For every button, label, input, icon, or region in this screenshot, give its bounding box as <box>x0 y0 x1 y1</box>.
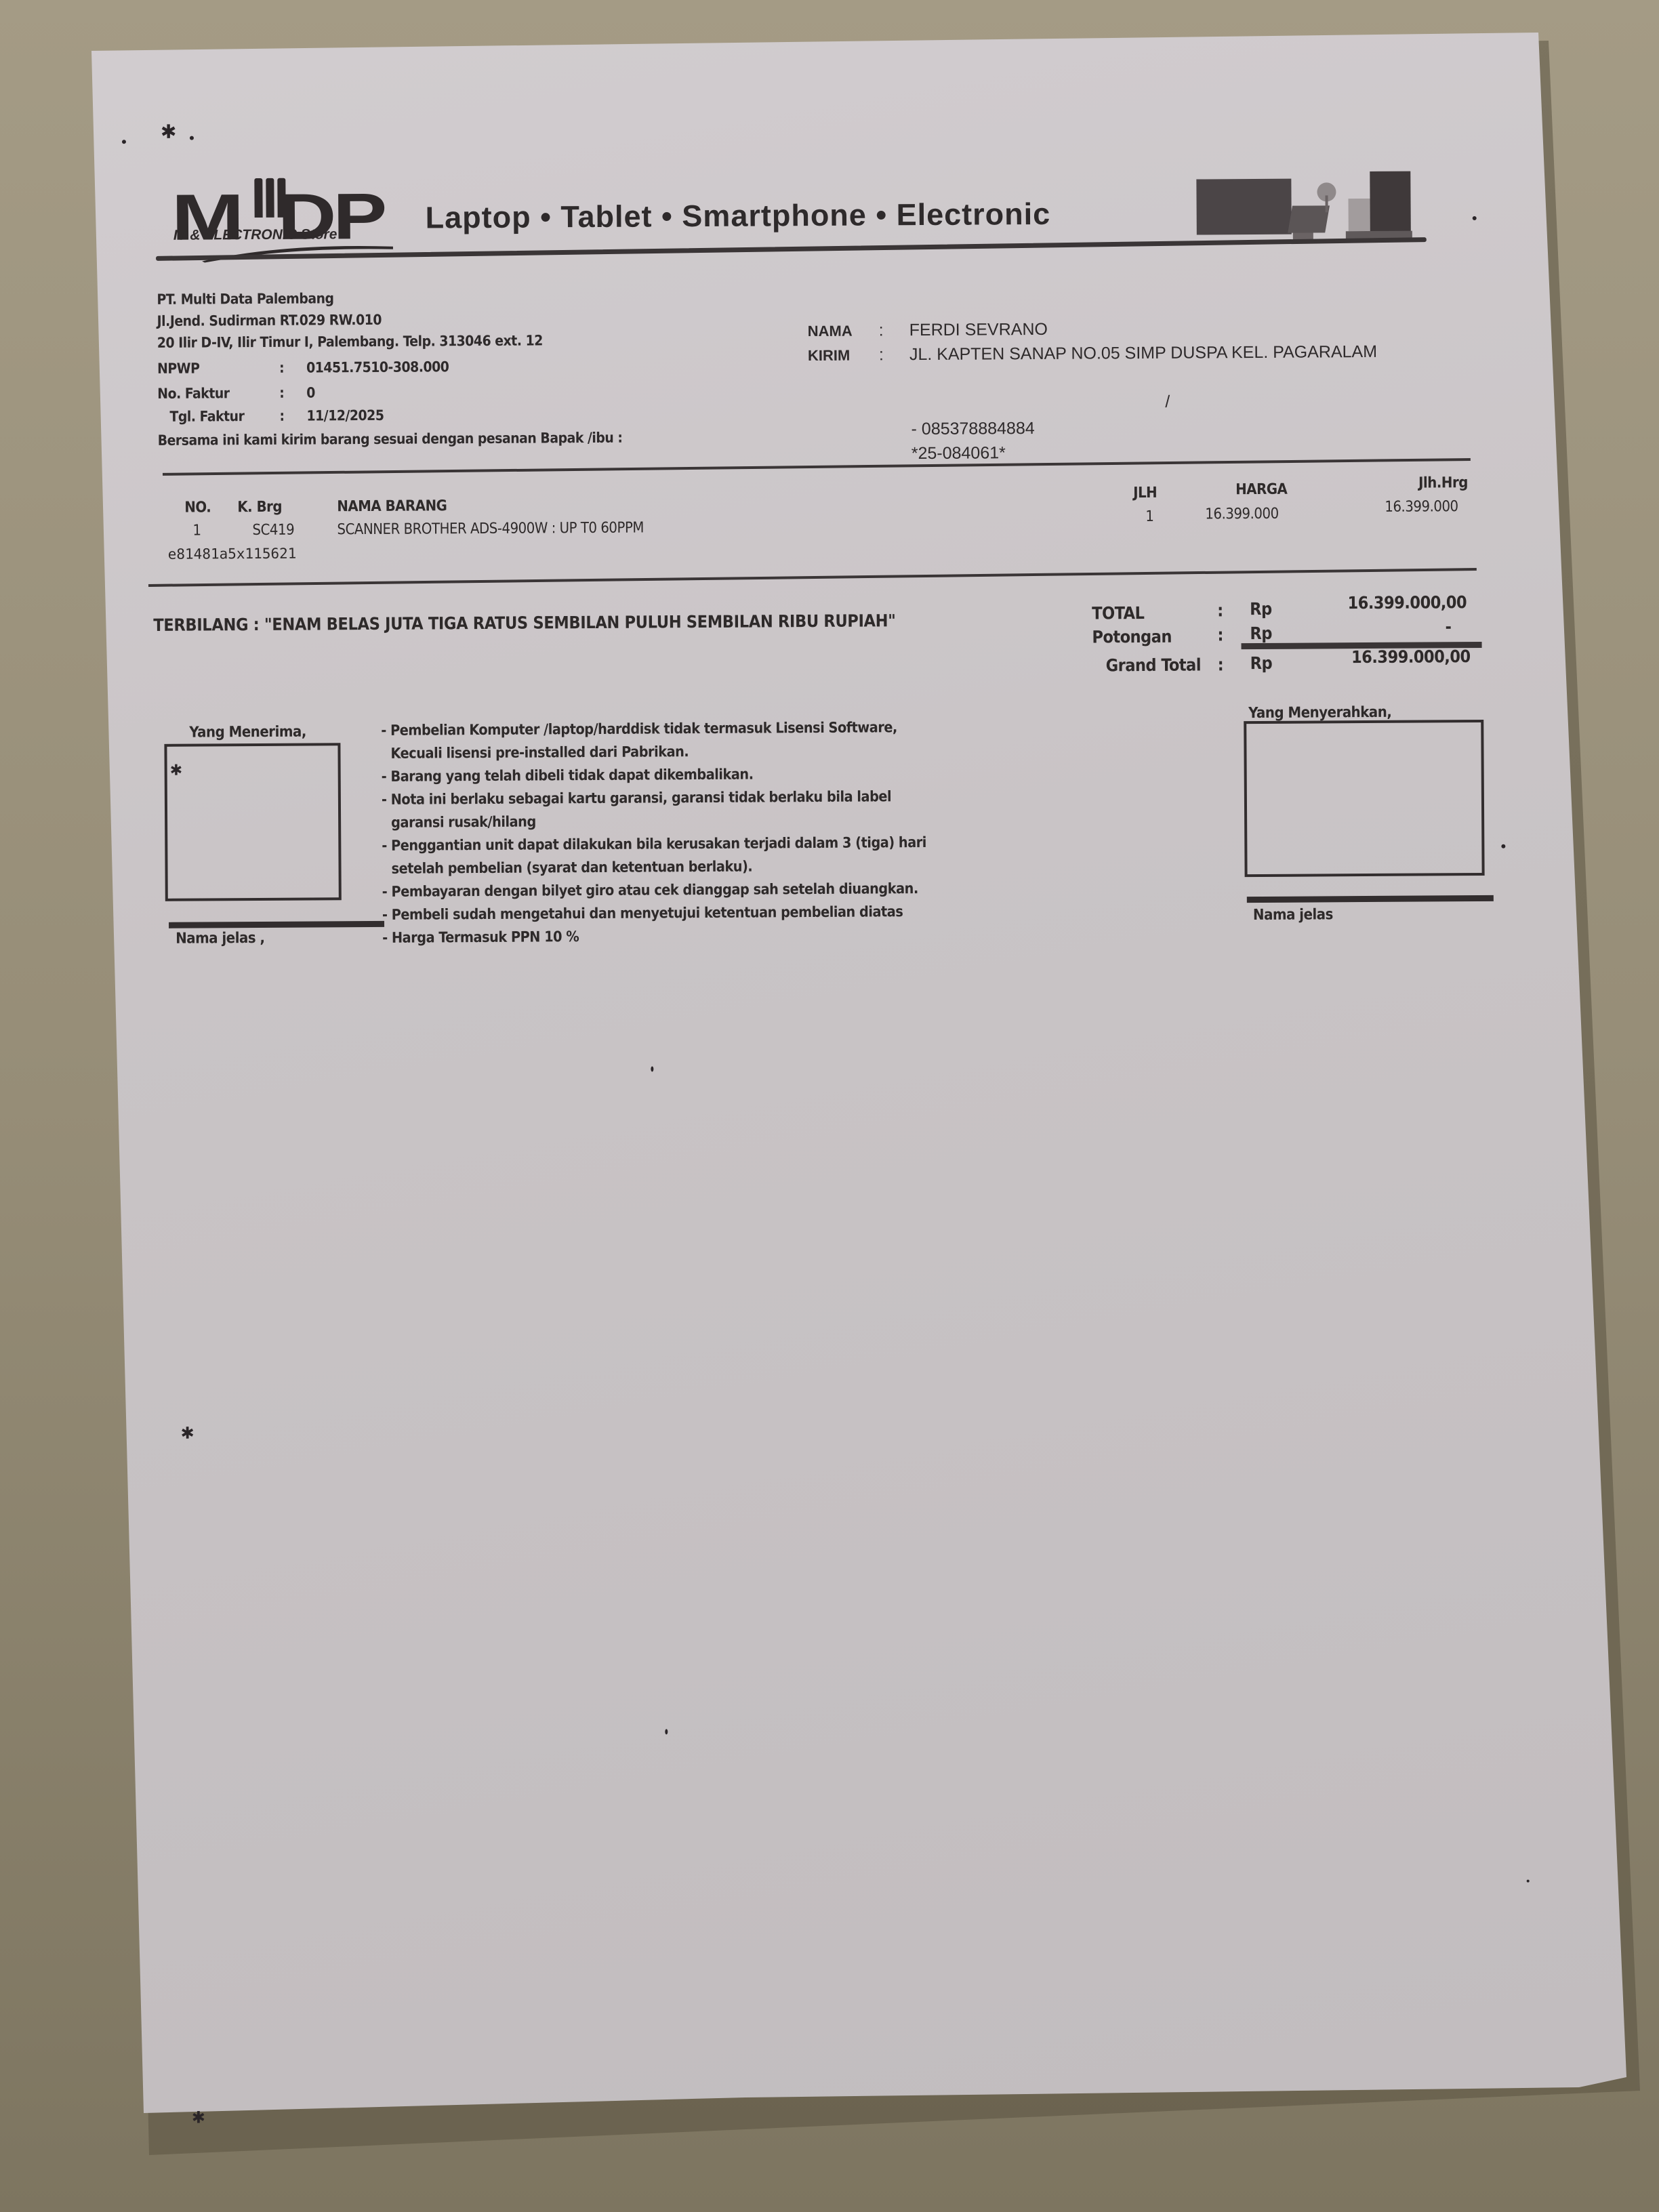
terms-item: - Barang yang telah dibeli tidak dapat d… <box>382 762 926 789</box>
customer-phone: - 085378884884 <box>912 419 1035 439</box>
intro-text: Bersama ini kami kirim barang sesuai den… <box>158 430 623 449</box>
invoice-content: ✱ ✱ ✱ ✱ M DP IT & ELECTRONIC Store Lapto… <box>0 0 1659 2212</box>
insect-speck-icon: ✱ <box>181 1424 194 1443</box>
colon: : <box>1217 625 1223 644</box>
header-harga: HARGA <box>1235 481 1287 498</box>
colon: : <box>279 360 306 376</box>
header-nama-barang: NAMA BARANG <box>337 497 447 515</box>
order-code: *25-084061* <box>912 443 1006 464</box>
speck <box>1473 216 1477 220</box>
nama-label: NAMA <box>808 322 879 340</box>
receiver-signature-box <box>164 743 341 901</box>
slash-mark: / <box>1165 392 1170 412</box>
total-currency: Rp <box>1250 599 1272 619</box>
tgl-faktur-row: Tgl. Faktur:11/12/2025 <box>157 407 384 425</box>
no-faktur-value: 0 <box>306 384 315 401</box>
colon: : <box>279 385 306 401</box>
npwp-row: NPWP:01451.7510-308.000 <box>157 359 449 377</box>
grand-total-value: 16.399.000,00 <box>1335 647 1471 667</box>
terms-item: Kecuali lisensi pre-installed dari Pabri… <box>381 739 926 766</box>
speck <box>122 140 126 144</box>
npwp-label: NPWP <box>157 360 279 377</box>
potongan-label: Potongan <box>1092 627 1172 647</box>
terms-item: - Pembeli sudah mengetahui dan menyetuju… <box>382 901 927 927</box>
terms-item: - Pembayaran dengan bilyet giro atau cek… <box>382 878 927 904</box>
terms-item: setelah pembelian (syarat dan ketentuan … <box>382 855 926 881</box>
grand-total-label: Grand Total <box>1106 655 1201 676</box>
row-harga: 16.399.000 <box>1205 506 1278 523</box>
terms-item: garansi rusak/hilang <box>382 808 926 835</box>
totals-block: TOTAL : Rp 16.399.000,00 Potongan : Rp -… <box>0 0 1656 5</box>
potongan-currency: Rp <box>1250 623 1272 643</box>
row-no: 1 <box>192 523 201 539</box>
company-name: PT. Multi Data Palembang <box>157 290 333 308</box>
header-jlh-hrg: Jlh.Hrg <box>1418 474 1468 491</box>
customer-address-row: KIRIM:JL. KAPTEN SANAP NO.05 SIMP DUSPA … <box>808 342 1377 365</box>
row-jlh: 1 <box>1145 508 1153 525</box>
speck <box>1527 1880 1530 1883</box>
terms-item: - Pembelian Komputer /laptop/harddisk ti… <box>381 716 926 743</box>
giver-name-label: Nama jelas <box>1253 906 1333 924</box>
kirim-label: KIRIM <box>808 346 879 365</box>
terms-list: - Pembelian Komputer /laptop/harddisk ti… <box>381 716 927 950</box>
table-row: 1 SC419 SCANNER BROTHER ADS-4900W : UP T… <box>0 0 1656 5</box>
speck <box>190 136 194 140</box>
header-jlh: JLH <box>1133 485 1157 501</box>
electronics-products-image <box>1191 165 1415 247</box>
table-top-divider <box>163 458 1471 476</box>
total-label: TOTAL <box>1092 603 1144 623</box>
speck <box>651 1066 653 1071</box>
customer-name: FERDI SEVRANO <box>909 320 1048 340</box>
receiver-name-label: Nama jelas , <box>176 930 264 947</box>
colon: : <box>1218 655 1224 674</box>
header-no: NO. <box>184 499 211 516</box>
speck <box>1501 844 1505 848</box>
terms-item: - Nota ini berlaku sebagai kartu garansi… <box>382 785 926 812</box>
items-table: NO. K. Brg NAMA BARANG JLH HARGA Jlh.Hrg… <box>0 0 1656 5</box>
header-tagline: Laptop • Tablet • Smartphone • Electroni… <box>426 197 1051 236</box>
no-faktur-row: No. Faktur:0 <box>157 384 315 401</box>
terms-item: - Harga Termasuk PPN 10 % <box>382 924 927 950</box>
company-address-line1: Jl.Jend. Sudirman RT.029 RW.010 <box>157 312 382 329</box>
row-kode: SC419 <box>252 522 294 539</box>
row-jumlah: 16.399.000 <box>1385 498 1458 516</box>
giver-label: Yang Menyerahkan, <box>1248 704 1391 722</box>
tgl-faktur-label: Tgl. Faktur <box>157 408 279 425</box>
row-nama-barang: SCANNER BROTHER ADS-4900W : UP T0 60PPM <box>337 520 644 539</box>
table-bottom-divider <box>148 568 1477 587</box>
speck <box>665 1729 668 1734</box>
amount-in-words: TERBILANG : "ENAM BELAS JUTA TIGA RATUS … <box>153 611 896 635</box>
header-kode: K. Brg <box>237 499 282 516</box>
insect-speck-icon: ✱ <box>161 121 177 143</box>
tgl-faktur-value: 11/12/2025 <box>306 407 384 424</box>
customer-address: JL. KAPTEN SANAP NO.05 SIMP DUSPA KEL. P… <box>909 342 1377 364</box>
npwp-value: 01451.7510-308.000 <box>306 359 449 375</box>
colon: : <box>279 408 306 424</box>
no-faktur-label: No. Faktur <box>157 385 279 402</box>
customer-name-row: NAMA:FERDI SEVRANO <box>808 320 1048 341</box>
receiver-label: Yang Menerima, <box>189 724 306 741</box>
terms-item: - Penggantian unit dapat dilakukan bila … <box>382 832 926 858</box>
insect-speck-icon: ✱ <box>192 2108 205 2128</box>
giver-signature-box <box>1244 720 1484 877</box>
total-value: 16.399.000,00 <box>1331 592 1467 613</box>
receiver-signature-line <box>169 921 384 928</box>
colon: : <box>1217 600 1223 620</box>
company-address-line2: 20 Ilir D-IV, Ilir Timur I, Palembang. T… <box>157 332 543 350</box>
colon: : <box>879 345 909 365</box>
colon: : <box>879 321 909 340</box>
giver-signature-line <box>1247 895 1494 903</box>
grand-total-currency: Rp <box>1250 653 1273 673</box>
row-serial: e81481a5x115621 <box>168 546 297 562</box>
potongan-value: - <box>1315 617 1451 637</box>
